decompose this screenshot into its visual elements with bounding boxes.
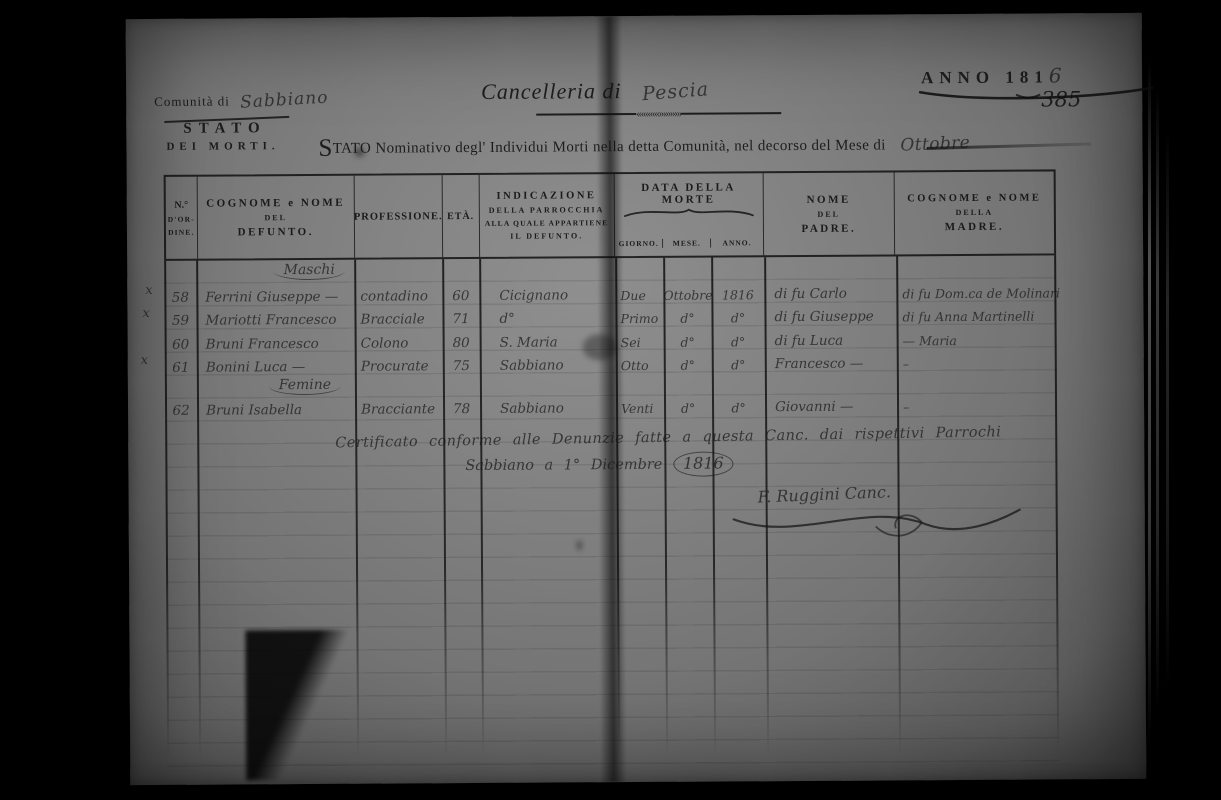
cell-professione: Bracciante bbox=[355, 398, 443, 422]
divider-ornament-icon: «««««»»»»» bbox=[536, 107, 781, 120]
table-row: 62 Bruni Isabella Bracciante 78 Sabbiano… bbox=[165, 394, 1057, 422]
cell-giorno: Sei bbox=[616, 331, 664, 354]
cancelleria-print: Cancelleria di bbox=[481, 78, 622, 104]
cell-ordine: 60 bbox=[165, 334, 197, 357]
hdr-name-1: COGNOME e NOME bbox=[206, 196, 345, 209]
cell-defunto: Bruni Francesco bbox=[197, 333, 355, 357]
divider-line bbox=[681, 112, 781, 115]
title-initial: S bbox=[318, 135, 332, 162]
certification-place-date: Sabbiano a 1° Dicembre bbox=[465, 457, 662, 474]
section-label-females: Femine bbox=[260, 377, 350, 396]
cell-padre: di fu Giuseppe bbox=[764, 305, 896, 329]
cancelleria-label: Cancelleria di Pescia bbox=[481, 78, 709, 105]
cell-eta: 71 bbox=[442, 308, 479, 331]
hdr-padre-1: NOME bbox=[807, 193, 851, 205]
photo-of-register: Comunità di Sabbiano STATO DEI MORTI. Ca… bbox=[0, 0, 1221, 800]
hdr-giorno: GIORNO. bbox=[615, 238, 663, 247]
comunita-label: Comunità di Sabbiano bbox=[154, 90, 328, 111]
book-page-edge bbox=[1148, 60, 1151, 740]
deaths-table: N.° D'OR- DINE. COGNOME e NOME DEL DEFUN… bbox=[164, 169, 1057, 260]
signature-flourish-icon bbox=[726, 504, 1026, 548]
table-row: 61 Bonini Luca — Procurate 75 Sabbiano O… bbox=[165, 351, 1057, 379]
cell-madre: – bbox=[897, 351, 1057, 375]
header-ordine: N.° D'OR- DINE. bbox=[166, 177, 198, 259]
hdr-eta: ETÀ. bbox=[447, 210, 474, 221]
section-label-males: Maschi bbox=[234, 262, 384, 281]
header-data-morte: DATA DELLA MORTE GIORNO. MESE. ANNO. bbox=[614, 173, 763, 256]
page-fold bbox=[245, 630, 356, 781]
certification-line2: Sabbiano a 1° Dicembre 1816 bbox=[465, 453, 733, 474]
cell-parrocchia: Sabbiano bbox=[480, 397, 616, 421]
header-padre: NOME DEL PADRE. bbox=[763, 172, 895, 255]
cell-mese: d° bbox=[663, 307, 711, 330]
cell-eta: 78 bbox=[443, 398, 480, 421]
anno-label: ANNO 1816 bbox=[921, 63, 1062, 88]
table-header: N.° D'OR- DINE. COGNOME e NOME DEL DEFUN… bbox=[164, 169, 1057, 260]
hdr-prof: PROFESSIONE. bbox=[354, 211, 443, 223]
cell-anno: d° bbox=[712, 396, 765, 419]
hdr-anno: ANNO. bbox=[710, 238, 763, 247]
certification-year-circled: 1816 bbox=[673, 451, 734, 476]
divider-glyphs: «««««»»»»» bbox=[636, 108, 681, 120]
margin-mark: x bbox=[145, 283, 152, 298]
anno-swash-icon bbox=[916, 85, 1156, 102]
cell-giorno: Venti bbox=[616, 397, 664, 420]
cell-madre: di fu Dom.ca de Molinari bbox=[896, 281, 1056, 305]
signature: F. Ruggini Canc. bbox=[757, 482, 891, 506]
cell-giorno: Primo bbox=[615, 307, 663, 330]
cell-mese: d° bbox=[664, 397, 712, 420]
title-text: TATO Nominativo degl' Individui Morti ne… bbox=[333, 137, 886, 156]
header-madre: COGNOME e NOME DELLA MADRE. bbox=[895, 171, 1055, 254]
cell-professione: Bracciale bbox=[354, 308, 442, 332]
cell-defunto: Ferrini Giuseppe — bbox=[196, 286, 354, 310]
stato-title: STATO bbox=[183, 120, 266, 138]
header-professione: PROFESSIONE. bbox=[354, 175, 442, 258]
header-cognome-defunto: COGNOME e NOME DEL DEFUNTO. bbox=[197, 176, 355, 259]
cancelleria-handwritten: Pescia bbox=[641, 78, 709, 105]
margin-mark: x bbox=[142, 306, 149, 321]
cell-padre: Francesco — bbox=[765, 352, 897, 376]
cell-mese: Ottobre bbox=[663, 284, 711, 307]
month-handwritten: Ottobre bbox=[900, 133, 970, 156]
hdr-padre-2: DEL bbox=[818, 209, 841, 218]
hdr-padre-3: PADRE. bbox=[801, 222, 856, 234]
cell-padre: di fu Luca bbox=[765, 329, 897, 353]
cell-parrocchia: Sabbiano bbox=[480, 354, 616, 378]
cell-madre: di fu Anna Martinelli bbox=[896, 304, 1056, 328]
hdr-no-3: DINE. bbox=[168, 227, 195, 236]
hdr-data: DATA DELLA MORTE bbox=[614, 181, 762, 206]
cell-eta: 60 bbox=[442, 285, 479, 308]
cell-professione: Procurate bbox=[355, 355, 443, 379]
cell-giorno: Otto bbox=[616, 354, 664, 377]
cell-ordine: 62 bbox=[165, 400, 197, 423]
folio-number: 385 bbox=[1041, 87, 1081, 111]
cell-eta: 75 bbox=[443, 355, 480, 378]
header-parrocchia: INDICAZIONE DELLA PARROCCHIA ALLA QUALE … bbox=[479, 174, 615, 257]
cell-anno: d° bbox=[712, 330, 765, 353]
comunita-handwritten: Sabbiano bbox=[240, 88, 329, 113]
hdr-madre-3: MADRE. bbox=[945, 221, 1004, 233]
document-page: Comunità di Sabbiano STATO DEI MORTI. Ca… bbox=[126, 13, 1147, 785]
cell-professione: Colono bbox=[355, 332, 443, 356]
hdr-name-2: DEL bbox=[264, 213, 287, 222]
cell-padre: Giovanni — bbox=[765, 395, 897, 419]
hdr-madre-1: COGNOME e NOME bbox=[907, 193, 1041, 205]
cell-madre: – bbox=[897, 394, 1057, 418]
cell-parrocchia: d° bbox=[479, 307, 615, 331]
hdr-parr-2: DELLA PARROCCHIA bbox=[489, 205, 605, 215]
cell-defunto: Mariotti Francesco bbox=[196, 309, 354, 333]
cell-mese: d° bbox=[664, 354, 712, 377]
header-eta: ETÀ. bbox=[442, 175, 479, 257]
cell-padre: di fu Carlo bbox=[764, 282, 896, 306]
hdr-no-1: N.° bbox=[174, 199, 188, 210]
cell-parrocchia: S. Maria bbox=[480, 331, 616, 355]
hdr-parr-4: IL DEFUNTO. bbox=[510, 231, 583, 240]
comunita-print: Comunità di bbox=[154, 93, 230, 108]
book-page-edge bbox=[1156, 90, 1159, 710]
cell-professione: contadino bbox=[354, 285, 442, 309]
hdr-parr-3: ALLA QUALE APPARTIENE bbox=[485, 218, 609, 228]
data-subheader: GIORNO. MESE. ANNO. bbox=[615, 229, 763, 256]
anno-digit-handwritten: 6 bbox=[1049, 63, 1062, 87]
hdr-madre-2: DELLA bbox=[956, 208, 994, 217]
hdr-no-2: D'OR- bbox=[168, 214, 195, 223]
hdr-parr-1: INDICAZIONE bbox=[497, 190, 597, 202]
cell-anno: d° bbox=[711, 306, 764, 329]
cell-anno: d° bbox=[712, 353, 765, 376]
cell-ordine: 61 bbox=[165, 357, 197, 380]
cell-mese: d° bbox=[664, 331, 712, 354]
stato-subtitle: DEI MORTI. bbox=[166, 140, 279, 153]
anno-print: ANNO 181 bbox=[921, 67, 1049, 87]
cell-defunto: Bruni Isabella bbox=[197, 399, 355, 423]
cell-parrocchia: Cicignano bbox=[479, 284, 615, 308]
cell-eta: 80 bbox=[443, 332, 480, 355]
hdr-mese: MESE. bbox=[662, 238, 710, 247]
brace-icon bbox=[621, 205, 757, 218]
divider-line bbox=[536, 113, 636, 116]
register-title: STATO Nominativo degl' Individui Morti n… bbox=[318, 134, 969, 158]
cell-ordine: 59 bbox=[164, 310, 196, 333]
margin-mark: x bbox=[141, 353, 148, 368]
book-page-edge bbox=[1166, 130, 1169, 690]
cell-madre: — Maria bbox=[897, 328, 1057, 352]
cell-giorno: Due bbox=[615, 284, 663, 307]
cell-ordine: 58 bbox=[164, 287, 196, 310]
cell-anno: 1816 bbox=[711, 283, 764, 306]
certification-line1: Certificato conforme alle Denunzie fatte… bbox=[335, 424, 1001, 451]
hdr-name-3: DEFUNTO. bbox=[238, 225, 314, 237]
